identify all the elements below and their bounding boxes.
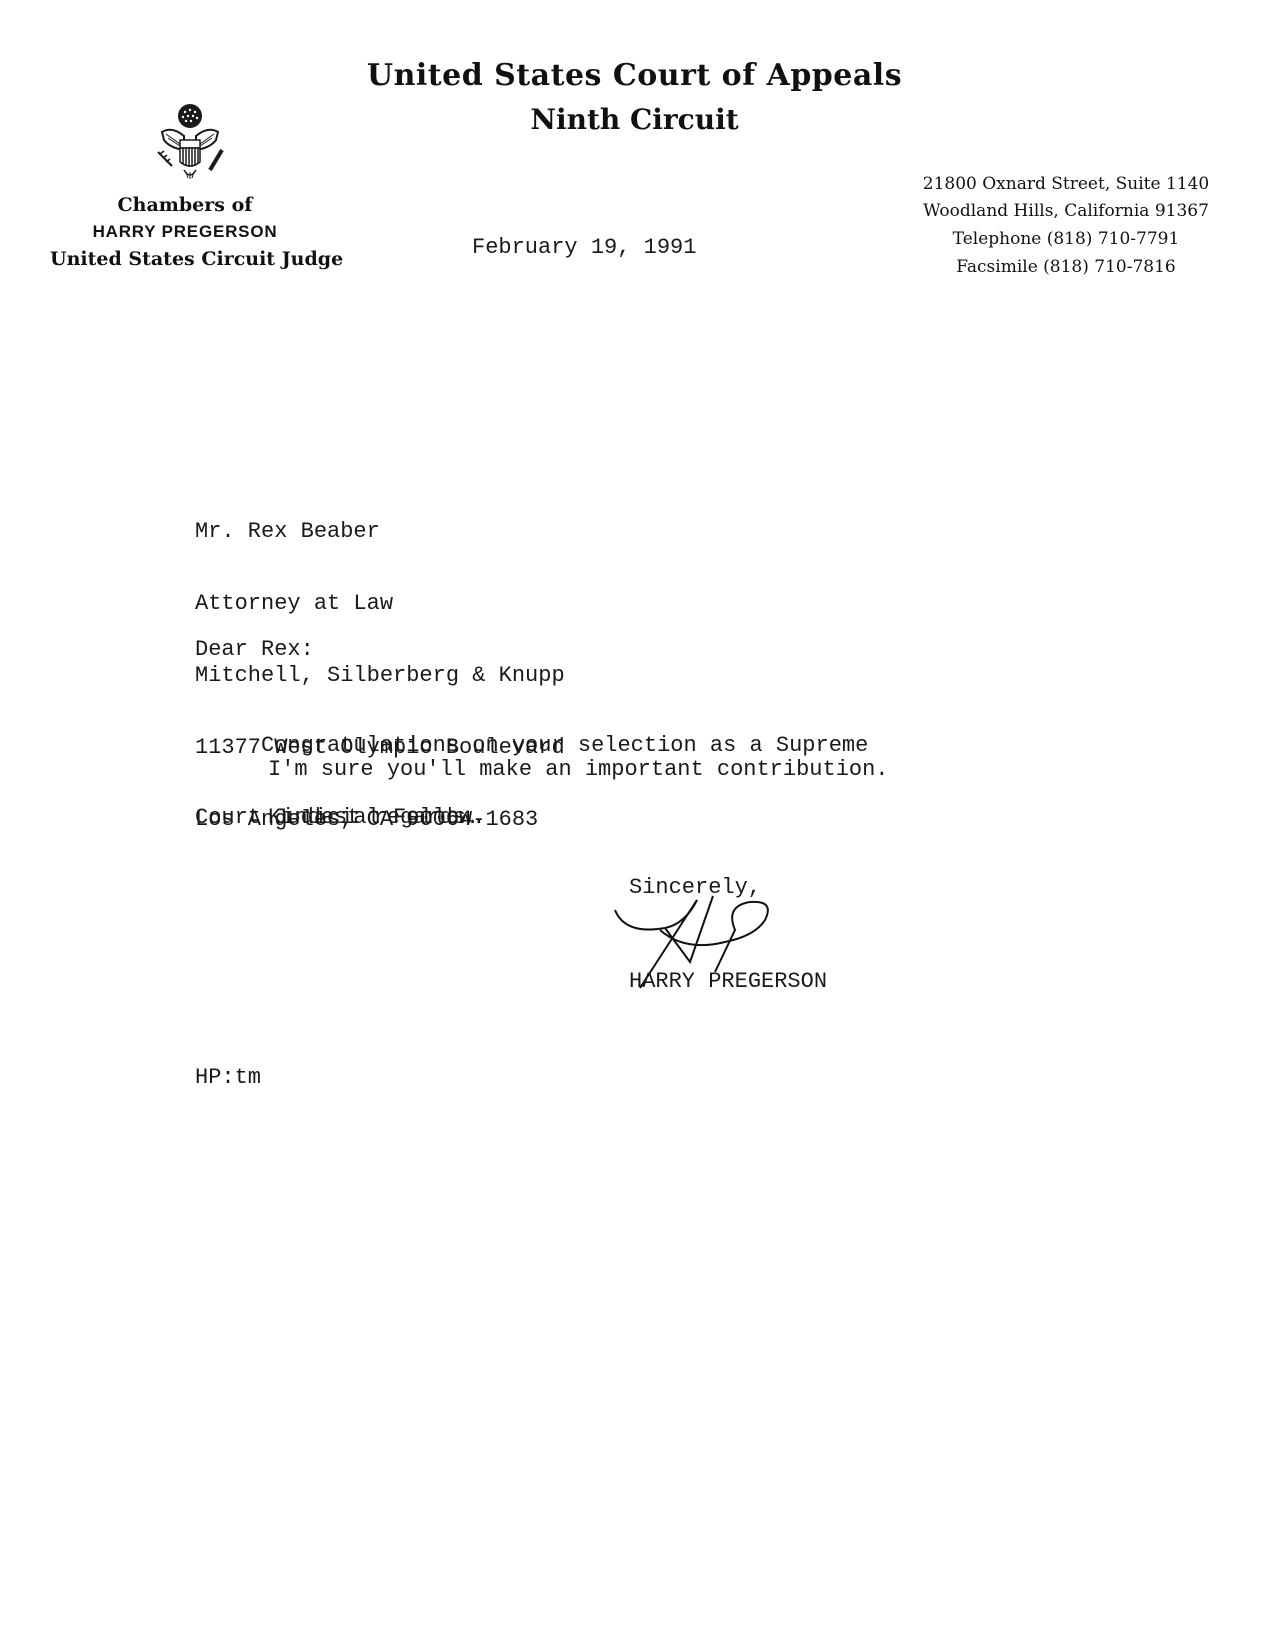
body-paragraph-2: I'm sure you'll make an important contri… [268,758,889,782]
chambers-of-label: Chambers of [60,194,310,216]
court-name-heading: United States Court of Appeals [0,58,1269,93]
address-street: 21800 Oxnard Street, Suite 1140 [880,174,1252,194]
address-telephone: Telephone (818) 710-7791 [880,229,1252,249]
paragraph-line: Congratulations on your selection as a S… [195,734,868,758]
address-facsimile: Facsimile (818) 710-7816 [880,257,1252,277]
letter-date: February 19, 1991 [472,236,696,260]
body-paragraph-3: Kindest regards. [268,806,479,830]
address-city: Woodland Hills, California 91367 [880,201,1252,221]
signer-name: HARRY PREGERSON [629,970,827,994]
great-seal-eagle-icon [150,100,230,186]
judge-title: United States Circuit Judge [50,248,320,270]
salutation: Dear Rex: [195,638,314,662]
recipient-line: Mitchell, Silberberg & Knupp [195,664,565,688]
judge-name: HARRY PREGERSON [60,222,310,242]
recipient-line: Attorney at Law [195,592,565,616]
reference-initials: HP:tm [195,1066,261,1090]
recipient-line: Mr. Rex Beaber [195,520,565,544]
